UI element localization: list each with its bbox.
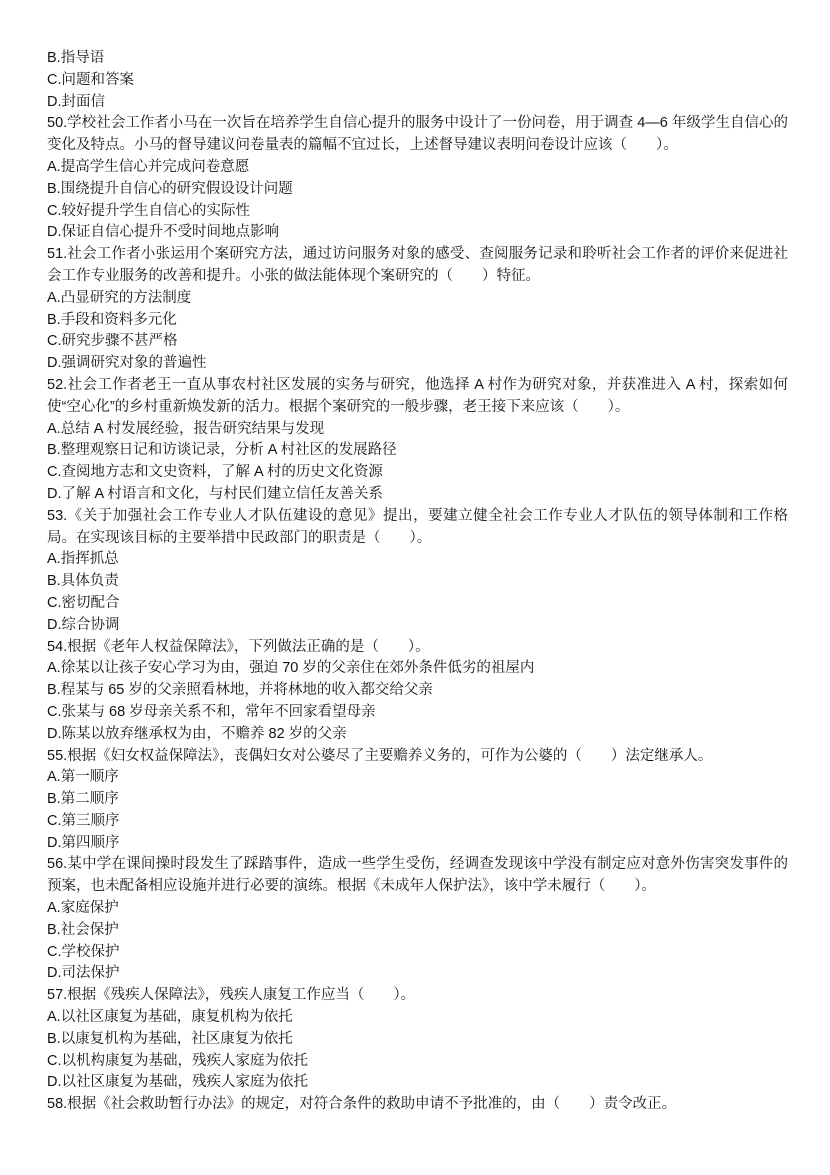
answer-option: C.张某与 68 岁母亲关系不和，常年不回家看望母亲 <box>47 702 788 724</box>
answer-option: C.第三顺序 <box>47 811 788 833</box>
answer-option: C.问题和答案 <box>47 70 788 92</box>
answer-option: C.以机构康复为基础，残疾人家庭为依托 <box>47 1051 788 1073</box>
answer-option: C.查阅地方志和文史资料，了解 A 村的历史文化资源 <box>47 462 788 484</box>
question-stem: 55.根据《妇女权益保障法》，丧偶妇女对公婆尽了主要赡养义务的，可作为公婆的（ … <box>47 746 788 768</box>
answer-option: C.研究步骤不甚严格 <box>47 331 788 353</box>
question-stem: 56.某中学在课间操时段发生了踩踏事件，造成一些学生受伤，经调查发现该中学没有制… <box>47 854 788 898</box>
answer-option: A.提高学生信心并完成问卷意愿 <box>47 157 788 179</box>
answer-option: D.保证自信心提升不受时间地点影响 <box>47 222 788 244</box>
answer-option: B.第二顺序 <box>47 789 788 811</box>
question-stem: 58.根据《社会救助暂行办法》的规定，对符合条件的救助申请不予批准的，由（ ）责… <box>47 1094 788 1116</box>
answer-option: B.指导语 <box>47 48 788 70</box>
question-stem: 54.根据《老年人权益保障法》，下列做法正确的是（ ）。 <box>47 637 788 659</box>
answer-option: D.综合协调 <box>47 615 788 637</box>
answer-option: B.以康复机构为基础，社区康复为依托 <box>47 1029 788 1051</box>
answer-option: A.总结 A 村发展经验，报告研究结果与发现 <box>47 419 788 441</box>
answer-option: B.社会保护 <box>47 920 788 942</box>
answer-option: D.封面信 <box>47 92 788 114</box>
question-stem: 52.社会工作者老王一直从事农村社区发展的实务与研究，他选择 A 村作为研究对象… <box>47 375 788 419</box>
answer-option: A.徐某以让孩子安心学习为由，强迫 70 岁的父亲住在郊外条件低劣的祖屋内 <box>47 658 788 680</box>
exam-document: B.指导语C.问题和答案D.封面信50.学校社会工作者小马在一次旨在培养学生自信… <box>0 0 830 1175</box>
answer-option: B.程某与 65 岁的父亲照看林地，并将林地的收入都交给父亲 <box>47 680 788 702</box>
answer-option: D.以社区康复为基础，残疾人家庭为依托 <box>47 1072 788 1094</box>
question-stem: 50.学校社会工作者小马在一次旨在培养学生自信心提升的服务中设计了一份问卷，用于… <box>47 113 788 157</box>
answer-option: D.第四顺序 <box>47 833 788 855</box>
question-stem: 57.根据《残疾人保障法》，残疾人康复工作应当（ ）。 <box>47 985 788 1007</box>
answer-option: C.学校保护 <box>47 942 788 964</box>
answer-option: B.整理观察日记和访谈记录，分析 A 村社区的发展路径 <box>47 440 788 462</box>
answer-option: B.手段和资料多元化 <box>47 310 788 332</box>
answer-option: D.司法保护 <box>47 963 788 985</box>
answer-option: C.密切配合 <box>47 593 788 615</box>
answer-option: D.了解 A 村语言和文化，与村民们建立信任友善关系 <box>47 484 788 506</box>
answer-option: B.围绕提升自信心的研究假设设计问题 <box>47 179 788 201</box>
answer-option: A.家庭保护 <box>47 898 788 920</box>
answer-option: A.第一顺序 <box>47 767 788 789</box>
answer-option: C.较好提升学生自信心的实际性 <box>47 201 788 223</box>
question-stem: 53.《关于加强社会工作专业人才队伍建设的意见》提出，要建立健全社会工作专业人才… <box>47 506 788 550</box>
question-stem: 51.社会工作者小张运用个案研究方法，通过访问服务对象的感受、查阅服务记录和聆听… <box>47 244 788 288</box>
answer-option: D.陈某以放弃继承权为由，不赡养 82 岁的父亲 <box>47 724 788 746</box>
answer-option: B.具体负责 <box>47 571 788 593</box>
answer-option: D.强调研究对象的普遍性 <box>47 353 788 375</box>
answer-option: A.指挥抓总 <box>47 549 788 571</box>
answer-option: A.凸显研究的方法制度 <box>47 288 788 310</box>
answer-option: A.以社区康复为基础，康复机构为依托 <box>47 1007 788 1029</box>
